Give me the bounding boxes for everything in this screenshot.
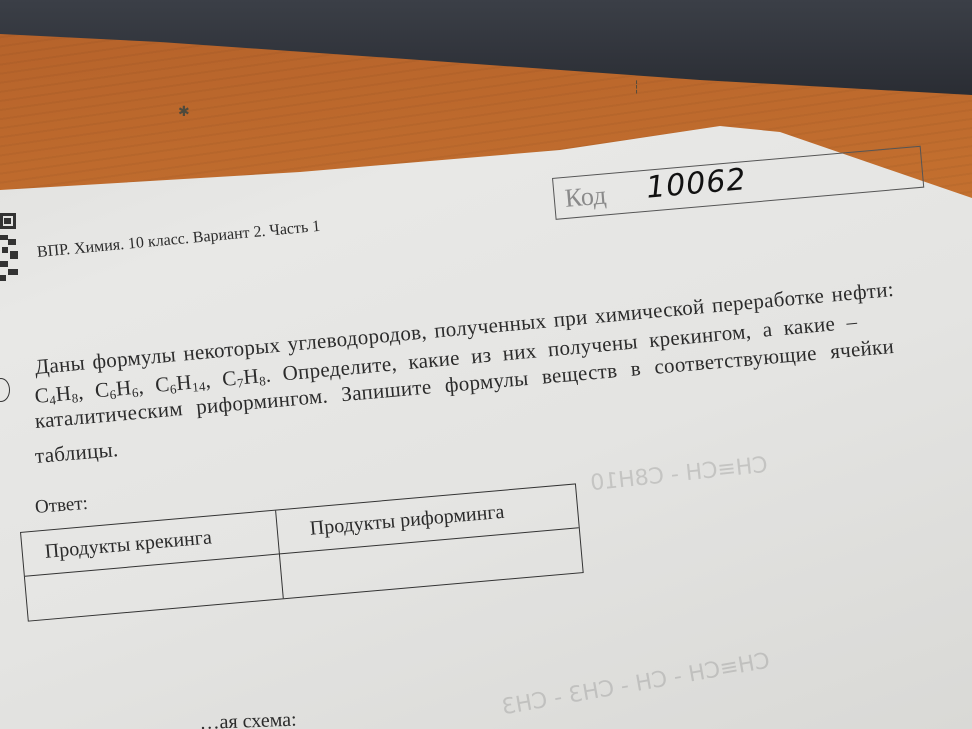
- formula-4: C7H8: [221, 363, 266, 391]
- document-header: ВПР. Химия. 10 класс. Вариант 2. Часть 1: [36, 218, 321, 262]
- document-content: Код 10062 ВПР. Химия. 10 класс. Вариант …: [0, 0, 972, 729]
- qr-code-icon: [0, 213, 18, 283]
- question-number-circle: [0, 378, 10, 402]
- code-box: Код 10062: [552, 146, 924, 220]
- formula-1: C4H8: [34, 380, 79, 408]
- formula-2: C6H6: [94, 375, 139, 403]
- answer-table: Продукты крекинга Продукты риформинга: [20, 483, 584, 621]
- next-question-partial-text: …ая схема:: [199, 709, 297, 729]
- code-label: Код: [564, 180, 608, 214]
- answer-label: Ответ:: [34, 493, 89, 519]
- pencil-bleed-through-2: CH≡CH - CH - CH3 - CH3: [500, 649, 772, 721]
- code-value-handwritten: 10062: [645, 162, 748, 206]
- pencil-bleed-through-1: CH≡CH - C8H10: [589, 453, 769, 496]
- question-line-4: таблицы.: [34, 437, 119, 469]
- formula-3: C6H14: [154, 369, 206, 397]
